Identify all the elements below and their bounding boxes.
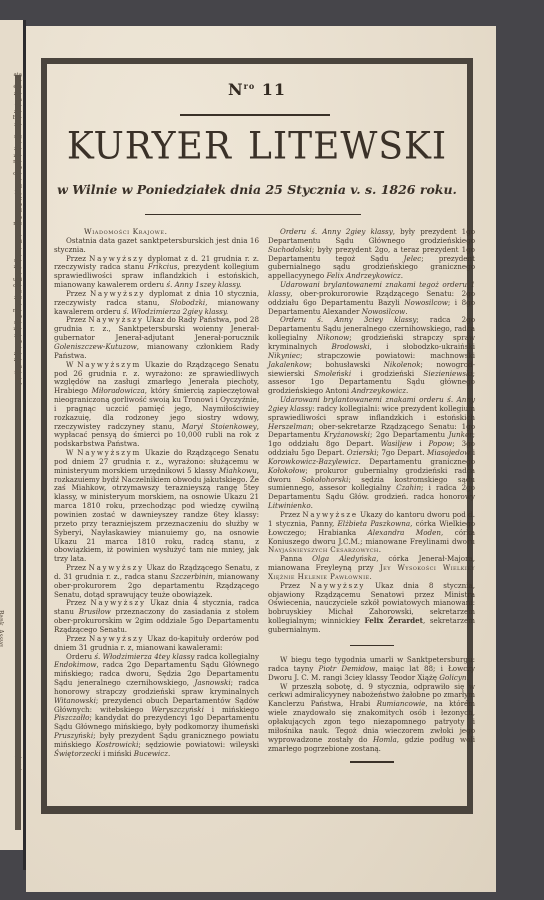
title-word-2: LITEWSKI	[248, 125, 447, 168]
article-paragraph: Orderu ś. Anny 2giey klassy, były prezyd…	[268, 228, 475, 281]
text-run: Piotr Demidow	[319, 664, 376, 673]
text-run: W	[66, 360, 77, 369]
text-run: Alexandra Moden	[368, 528, 441, 537]
text-run: Świętorzecki	[54, 749, 101, 758]
text-run: Nikolenok	[384, 360, 421, 369]
text-run: Piszczałło	[54, 713, 89, 722]
text-run: i	[412, 439, 428, 448]
text-run: Naywyższy	[89, 254, 144, 263]
text-run: Kołokołow	[268, 466, 305, 475]
text-run: Herszelman	[268, 422, 311, 431]
text-run: Przez	[66, 563, 89, 572]
text-run: Naywyższy	[90, 289, 145, 298]
text-run: i grodzieński	[351, 369, 423, 378]
issue-number-suffix: ro	[244, 81, 256, 91]
text-run: Smoleński	[314, 369, 351, 378]
text-run: Przez	[66, 254, 89, 263]
right-column: Orderu ś. Anny 2giey klassy, były prezyd…	[268, 228, 475, 763]
text-run: Naywyższym	[77, 448, 141, 457]
text-run: W	[66, 448, 77, 457]
text-run: .	[406, 386, 408, 395]
text-run: Miłoradowicza	[92, 386, 145, 395]
section-separator-rule	[350, 645, 394, 646]
newspaper-title: KURYERLITEWSKI	[47, 125, 467, 168]
text-run: Orderu ś. Anny 2giey klassy	[280, 227, 393, 236]
article-paragraph: Przez Naywyższy dyplomat z d. 21 grudnia…	[54, 255, 259, 290]
text-run: Nowosilcow	[404, 298, 448, 307]
text-run: Kostrowicki	[96, 740, 139, 749]
text-run: Orderu ś. Anny 3ciey klassy	[280, 315, 416, 324]
article-paragraph: Udarowani brylantowanemi znakami tegoż o…	[268, 281, 475, 316]
text-run: ś. Włodzimierza 4tey klassy	[94, 652, 194, 661]
article-paragraph: Przez Naywyższe Ukazy do kantoru dworu p…	[268, 511, 475, 555]
text-run: Nikyniec	[268, 351, 300, 360]
text-run: Frikcius	[148, 262, 178, 271]
article-paragraph: Przez Naywyższy Ukaz do Rady Państwa, po…	[54, 316, 259, 360]
text-run: . Departamentu granicznego	[358, 457, 475, 466]
masthead-rule-bottom	[145, 214, 361, 215]
text-run: Andrzeykowicz	[351, 386, 406, 395]
text-run: Olga Aledyńska	[312, 554, 376, 563]
issue-number-value: 11	[262, 80, 286, 99]
text-run: Przez	[66, 634, 89, 643]
title-word-1: KURYER	[67, 125, 232, 168]
text-run: ; sędziowie powiatowi: wileyski	[138, 740, 259, 749]
text-run: Naywyższy	[89, 563, 144, 572]
text-run: Sokołohorski	[301, 475, 348, 484]
text-run: ; bohusławski	[310, 360, 384, 369]
text-run: .	[405, 307, 407, 316]
text-run: Brodowski	[331, 342, 369, 351]
text-run: Panna	[280, 554, 312, 563]
text-run: .	[168, 749, 170, 758]
article-paragraph: Orderu ś. Anny 3ciey klassy; radca 2go D…	[268, 316, 475, 396]
text-run: Naywyższy	[89, 634, 144, 643]
text-run: Jasnowski	[195, 678, 231, 687]
text-run: Suchodolski	[268, 245, 312, 254]
text-run: Przez	[280, 581, 310, 590]
text-run: Jelec	[404, 254, 422, 263]
previous-page-border	[15, 75, 21, 830]
text-run: i mińskiego	[204, 705, 259, 714]
text-run: Nayjaśnieyszych Cesarzowych	[268, 545, 379, 554]
article-paragraph: Udarowani brylantowanemi znakami orderu …	[268, 396, 475, 511]
text-run: Goleniszczew-Kutuzow	[54, 342, 137, 351]
left-column: Wiadomości Krajowe. Ostatnia data gazet …	[54, 228, 259, 759]
text-run: Naywyższy	[310, 581, 365, 590]
section-separator-rule	[350, 761, 394, 762]
text-run: .	[311, 501, 313, 510]
text-run: Naywyższe	[302, 510, 357, 519]
text-run: Kryżanowski	[324, 430, 370, 439]
article-paragraph: W biegu tego tygodnia umarli w Sanktpete…	[268, 656, 475, 683]
text-run: i	[470, 448, 475, 457]
text-run: ś. Włodzimierza 2giey klassy.	[123, 307, 228, 316]
text-run: ; strapczowie powiatowi: machnowski	[300, 351, 475, 360]
text-run: , rozkazuiemy bydź Naczelnikiem obwodu j…	[54, 466, 259, 563]
text-run: Miasojedow	[427, 448, 470, 457]
left-column-paragraphs: Ostatnia data gazet sanktpetersburskich …	[54, 237, 259, 759]
text-run: Jakalenkow	[268, 360, 310, 369]
text-run: Elżbieta Paszkowna	[338, 519, 411, 528]
article-paragraph: W Naywyższym Ukazie do Rządzącego Senatu…	[54, 361, 259, 449]
article-paragraph: Przez Naywyższy Ukaz dnia 4 stycznia, ra…	[54, 599, 259, 634]
text-run: .	[370, 572, 372, 581]
right-column-paragraphs: Orderu ś. Anny 2giey klassy, były prezyd…	[268, 228, 475, 763]
text-run: Weryszczyński	[151, 705, 204, 714]
issue-number-prefix: N	[228, 80, 244, 99]
text-run: Felix Żerardet	[365, 616, 423, 625]
text-run: Szczerbinin	[170, 572, 212, 581]
article-paragraph: Orderu ś. Włodzimierza 4tey klassy radca…	[54, 653, 259, 759]
text-run: Felix Andrzeykowicz	[326, 271, 400, 280]
text-run: Golicyn	[439, 673, 466, 682]
text-run: Rumiancowie	[377, 699, 426, 708]
text-run: Przez	[66, 598, 90, 607]
previous-page-rotated-text: Bank. Assyg.	[0, 610, 4, 649]
masthead-rule-top	[180, 114, 330, 116]
text-run: i miński	[101, 749, 134, 758]
article-paragraph: W Naywyższym Ukazie do Rządzącego Senatu…	[54, 449, 259, 564]
previous-page-edge: aią le- ém zo- na te- ze- Bo- за- się ła…	[0, 20, 24, 850]
article-paragraph: Ostatnia data gazet sanktpetersburskich …	[54, 237, 259, 255]
text-run: .	[379, 545, 381, 554]
article-paragraph: Panna Olga Aledyńska, córka Jenerał-Majo…	[268, 555, 475, 582]
text-run: Ostatnia data gazet sanktpetersburskich …	[54, 236, 259, 254]
text-run: ś. Anny 1szey klassy.	[166, 280, 241, 289]
text-run: , i słobodzko-ukraiński	[370, 342, 475, 351]
text-run: Homla	[373, 735, 397, 744]
text-run: Litwinienko	[268, 501, 311, 510]
text-run: .	[401, 271, 403, 280]
text-run: Nowosilcow	[362, 307, 406, 316]
article-paragraph: Przez Naywyższy Ukaz do-kapituły orderów…	[54, 635, 259, 653]
text-run: Czahin	[396, 483, 421, 492]
text-run: Pruszyński	[54, 731, 93, 740]
text-run: Wasiljew	[381, 439, 413, 448]
text-run: Popow	[428, 439, 452, 448]
text-run: Maryi Stoienkowey	[182, 422, 257, 431]
text-run: Ozierski	[347, 448, 377, 457]
text-run: .	[467, 673, 469, 682]
article-paragraph: Przez Naywyższy Ukaz dnia 8 stycznia, ob…	[268, 582, 475, 635]
article-paragraph: Przez Naywyższy Ukaz do Rządzącego Senat…	[54, 564, 259, 599]
text-run: Brusiłow	[79, 607, 111, 616]
text-run: Słobodzki	[170, 298, 205, 307]
text-run: ; 7go Depart.	[377, 448, 427, 457]
dateline: w Wilnie w Poniedziałek dnia 25 Stycznia…	[47, 182, 467, 197]
text-run: Orderu	[66, 652, 94, 661]
text-run: Przez	[66, 289, 90, 298]
text-run: Naywyższym	[77, 360, 141, 369]
text-run: Witanowski	[54, 696, 96, 705]
text-run: Bucewicz	[134, 749, 168, 758]
article-paragraph: W przeszłą sobotę, d. 9 stycznia, odpraw…	[268, 683, 475, 754]
text-run: ; 2go Departamentu	[370, 430, 449, 439]
text-run: radca kollegialny	[194, 652, 259, 661]
issue-number: Nro 11	[47, 80, 467, 99]
text-run: Naywyższy	[90, 598, 145, 607]
text-run: Nikonow	[317, 333, 349, 342]
text-run: Korowkowicz-Bazylewicz	[268, 457, 358, 466]
text-run: Przez	[66, 315, 88, 324]
text-run: Przez	[280, 510, 302, 519]
text-run: Miahkowu	[219, 466, 257, 475]
text-run: Junker	[449, 430, 473, 439]
text-run: Naywyższy	[88, 315, 143, 324]
text-run: Endokimow	[54, 660, 96, 669]
text-run: Siezieniewski	[423, 369, 472, 378]
article-paragraph: Przez Naywyższy dyplomat z dnia 10 stycz…	[54, 290, 259, 317]
